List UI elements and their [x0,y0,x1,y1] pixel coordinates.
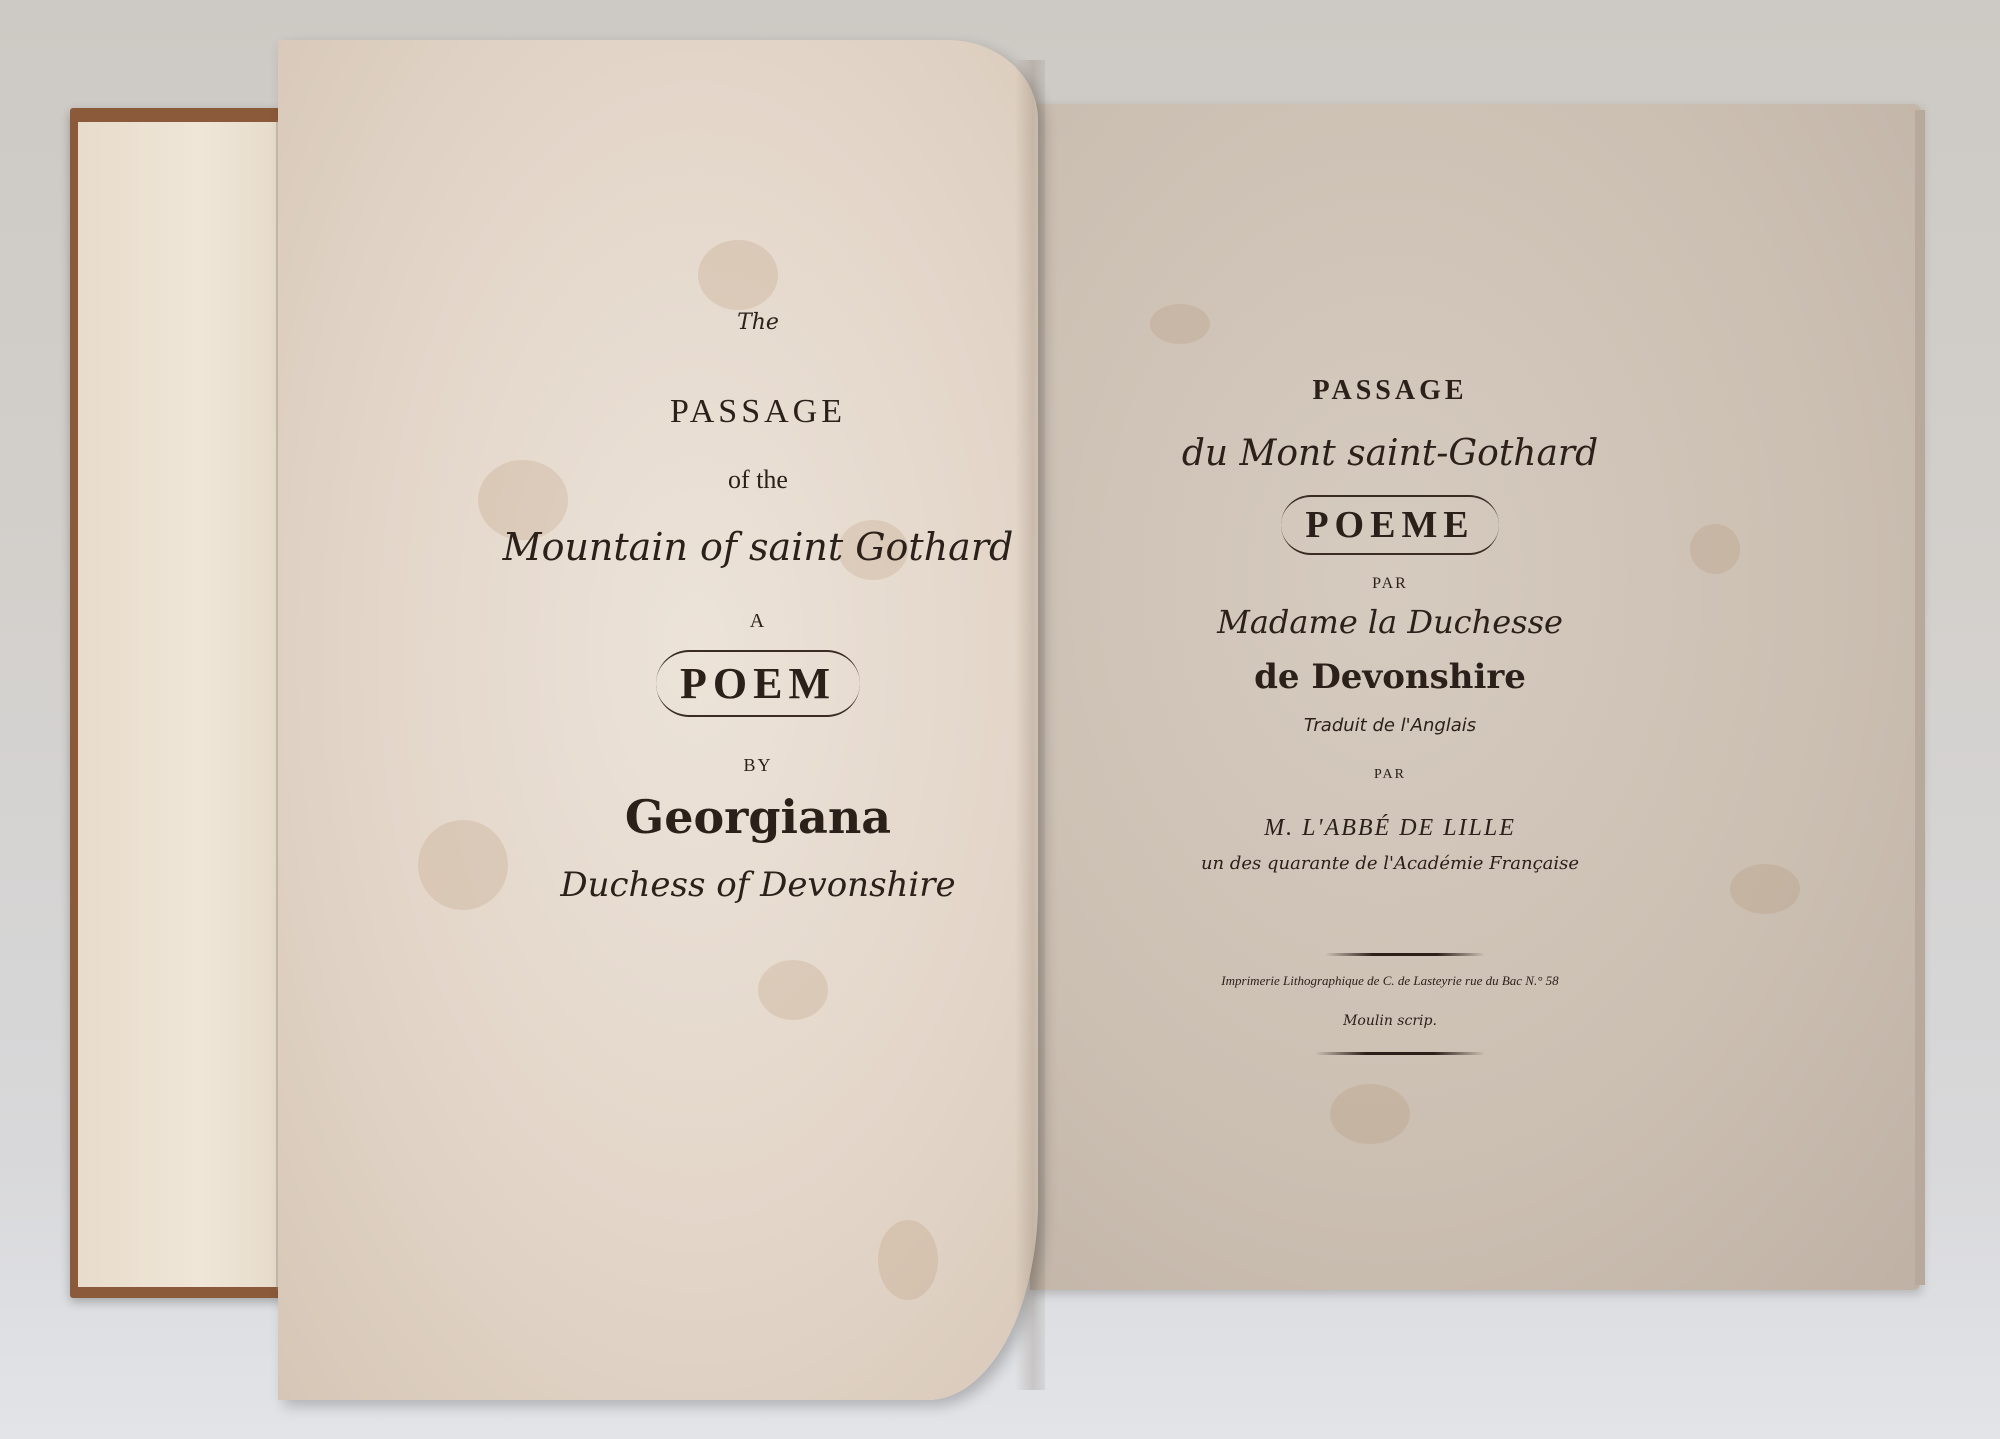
left-title-page [278,40,1038,1400]
fr-translated-from: Traduit de l'Anglais [1130,715,1650,736]
imprint-rule-bottom [1315,1052,1485,1055]
title-passage: PASSAGE [478,393,1038,431]
fr-translator-title: un des quarante de l'Académie Française [1120,853,1660,874]
right-title-page [1030,104,1920,1290]
right-page-edge [1915,110,1925,1285]
fr-author-madame: Madame la Duchesse [1110,603,1670,641]
book-gutter [1015,60,1045,1390]
title-by: BY [478,755,1038,776]
title-of-the: of the [478,465,1038,495]
title-poem: POEM [656,650,860,717]
fr-title-passage: PASSAGE [1130,375,1650,407]
fr-engraver: Moulin scrip. [1130,1013,1650,1029]
fr-title-poeme: POEME [1281,495,1498,555]
front-pastedown [78,122,283,1287]
title-a: A [478,610,1038,633]
author-first-name: Georgiana [478,790,1038,844]
imprint-rule-top [1325,953,1485,956]
fr-author-devonshire: de Devonshire [1130,657,1650,697]
fr-par-2: PAR [1130,767,1650,783]
author-title: Duchess of Devonshire [458,865,1058,905]
fr-title-du-mont: du Mont saint-Gothard [1080,433,1700,474]
fr-par-1: PAR [1130,575,1650,593]
title-the: The [478,310,1038,335]
fr-translator: M. L'ABBÉ DE LILLE [1130,815,1650,842]
fr-imprint: Imprimerie Lithographique de C. de Laste… [1110,973,1670,989]
title-mountain: Mountain of saint Gothard [418,525,1098,569]
